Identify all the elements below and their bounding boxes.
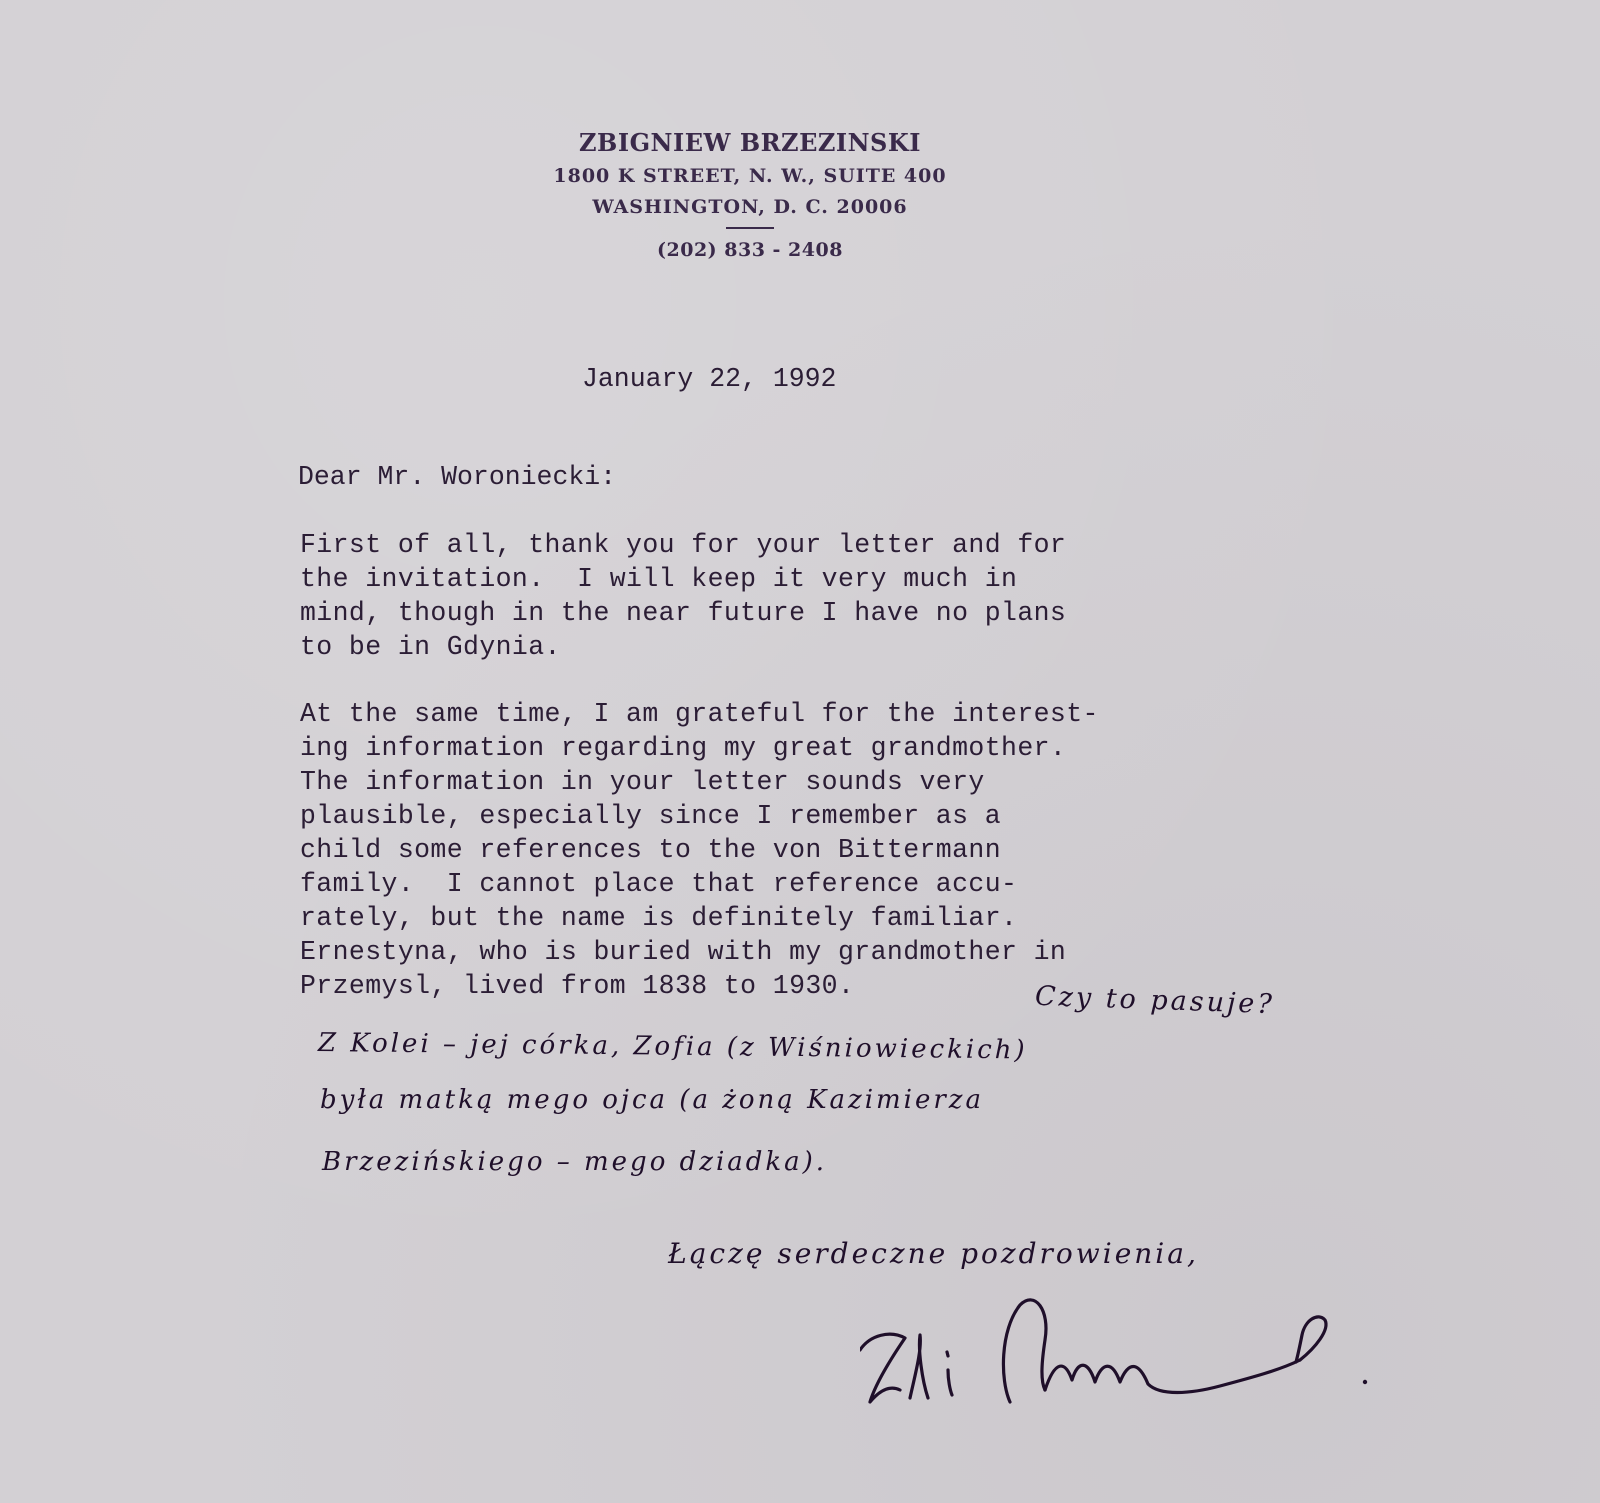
paragraph-line: to be in Gdynia. [300,630,1066,664]
paragraph-line: Ernestyna, who is buried with my grandmo… [300,935,1099,969]
handwritten-note-line: Brzezińskiego – mego dziadka). [322,1147,827,1177]
letterhead-address-line1: 1800 K STREET, N. W., SUITE 400 [0,165,1500,187]
paragraph-line: Przemysl, lived from 1838 to 1930. [300,969,1099,1003]
handwritten-query: Czy to pasuje? [1035,981,1276,1020]
letterhead-address-line2: WASHINGTON, D. C. 20006 [0,196,1500,218]
paragraph-line: family. I cannot place that reference ac… [300,867,1099,901]
signature-scribble-icon [860,1290,1400,1440]
letterhead-phone: (202) 833 - 2408 [0,239,1500,261]
paragraph-line: The information in your letter sounds ve… [300,765,1099,799]
letterhead-divider [726,227,774,229]
paragraph-1: First of all, thank you for your letter … [300,528,1066,664]
handwritten-note-line: Z Kolei – jej córka, Zofia (z Wiśniowiec… [318,1028,1028,1065]
letter-date: January 22, 1992 [582,364,836,394]
paragraph-2: At the same time, I am grateful for the … [300,697,1099,1003]
paragraph-line: ing information regarding my great grand… [300,731,1099,765]
paragraph-line: mind, though in the near future I have n… [300,596,1066,630]
paragraph-line: the invitation. I will keep it very much… [300,562,1066,596]
handwritten-closing: Łączę serdeczne pozdrowienia, [668,1237,1199,1270]
paragraph-line: First of all, thank you for your letter … [300,528,1066,562]
paragraph-line: plausible, especially since I remember a… [300,799,1099,833]
letterhead-name: ZBIGNIEW BRZEZINSKI [0,128,1500,157]
handwritten-note-line: była matką mego ojca (a żoną Kazimierza [320,1085,984,1115]
paragraph-line: rately, but the name is definitely famil… [300,901,1099,935]
paragraph-line: At the same time, I am grateful for the … [300,697,1099,731]
signature: Zbigniew Brzezinski [860,1290,1400,1440]
salutation: Dear Mr. Woroniecki: [298,462,616,492]
letterhead: ZBIGNIEW BRZEZINSKI 1800 K STREET, N. W.… [0,128,1500,261]
paragraph-line: child some references to the von Bitterm… [300,833,1099,867]
